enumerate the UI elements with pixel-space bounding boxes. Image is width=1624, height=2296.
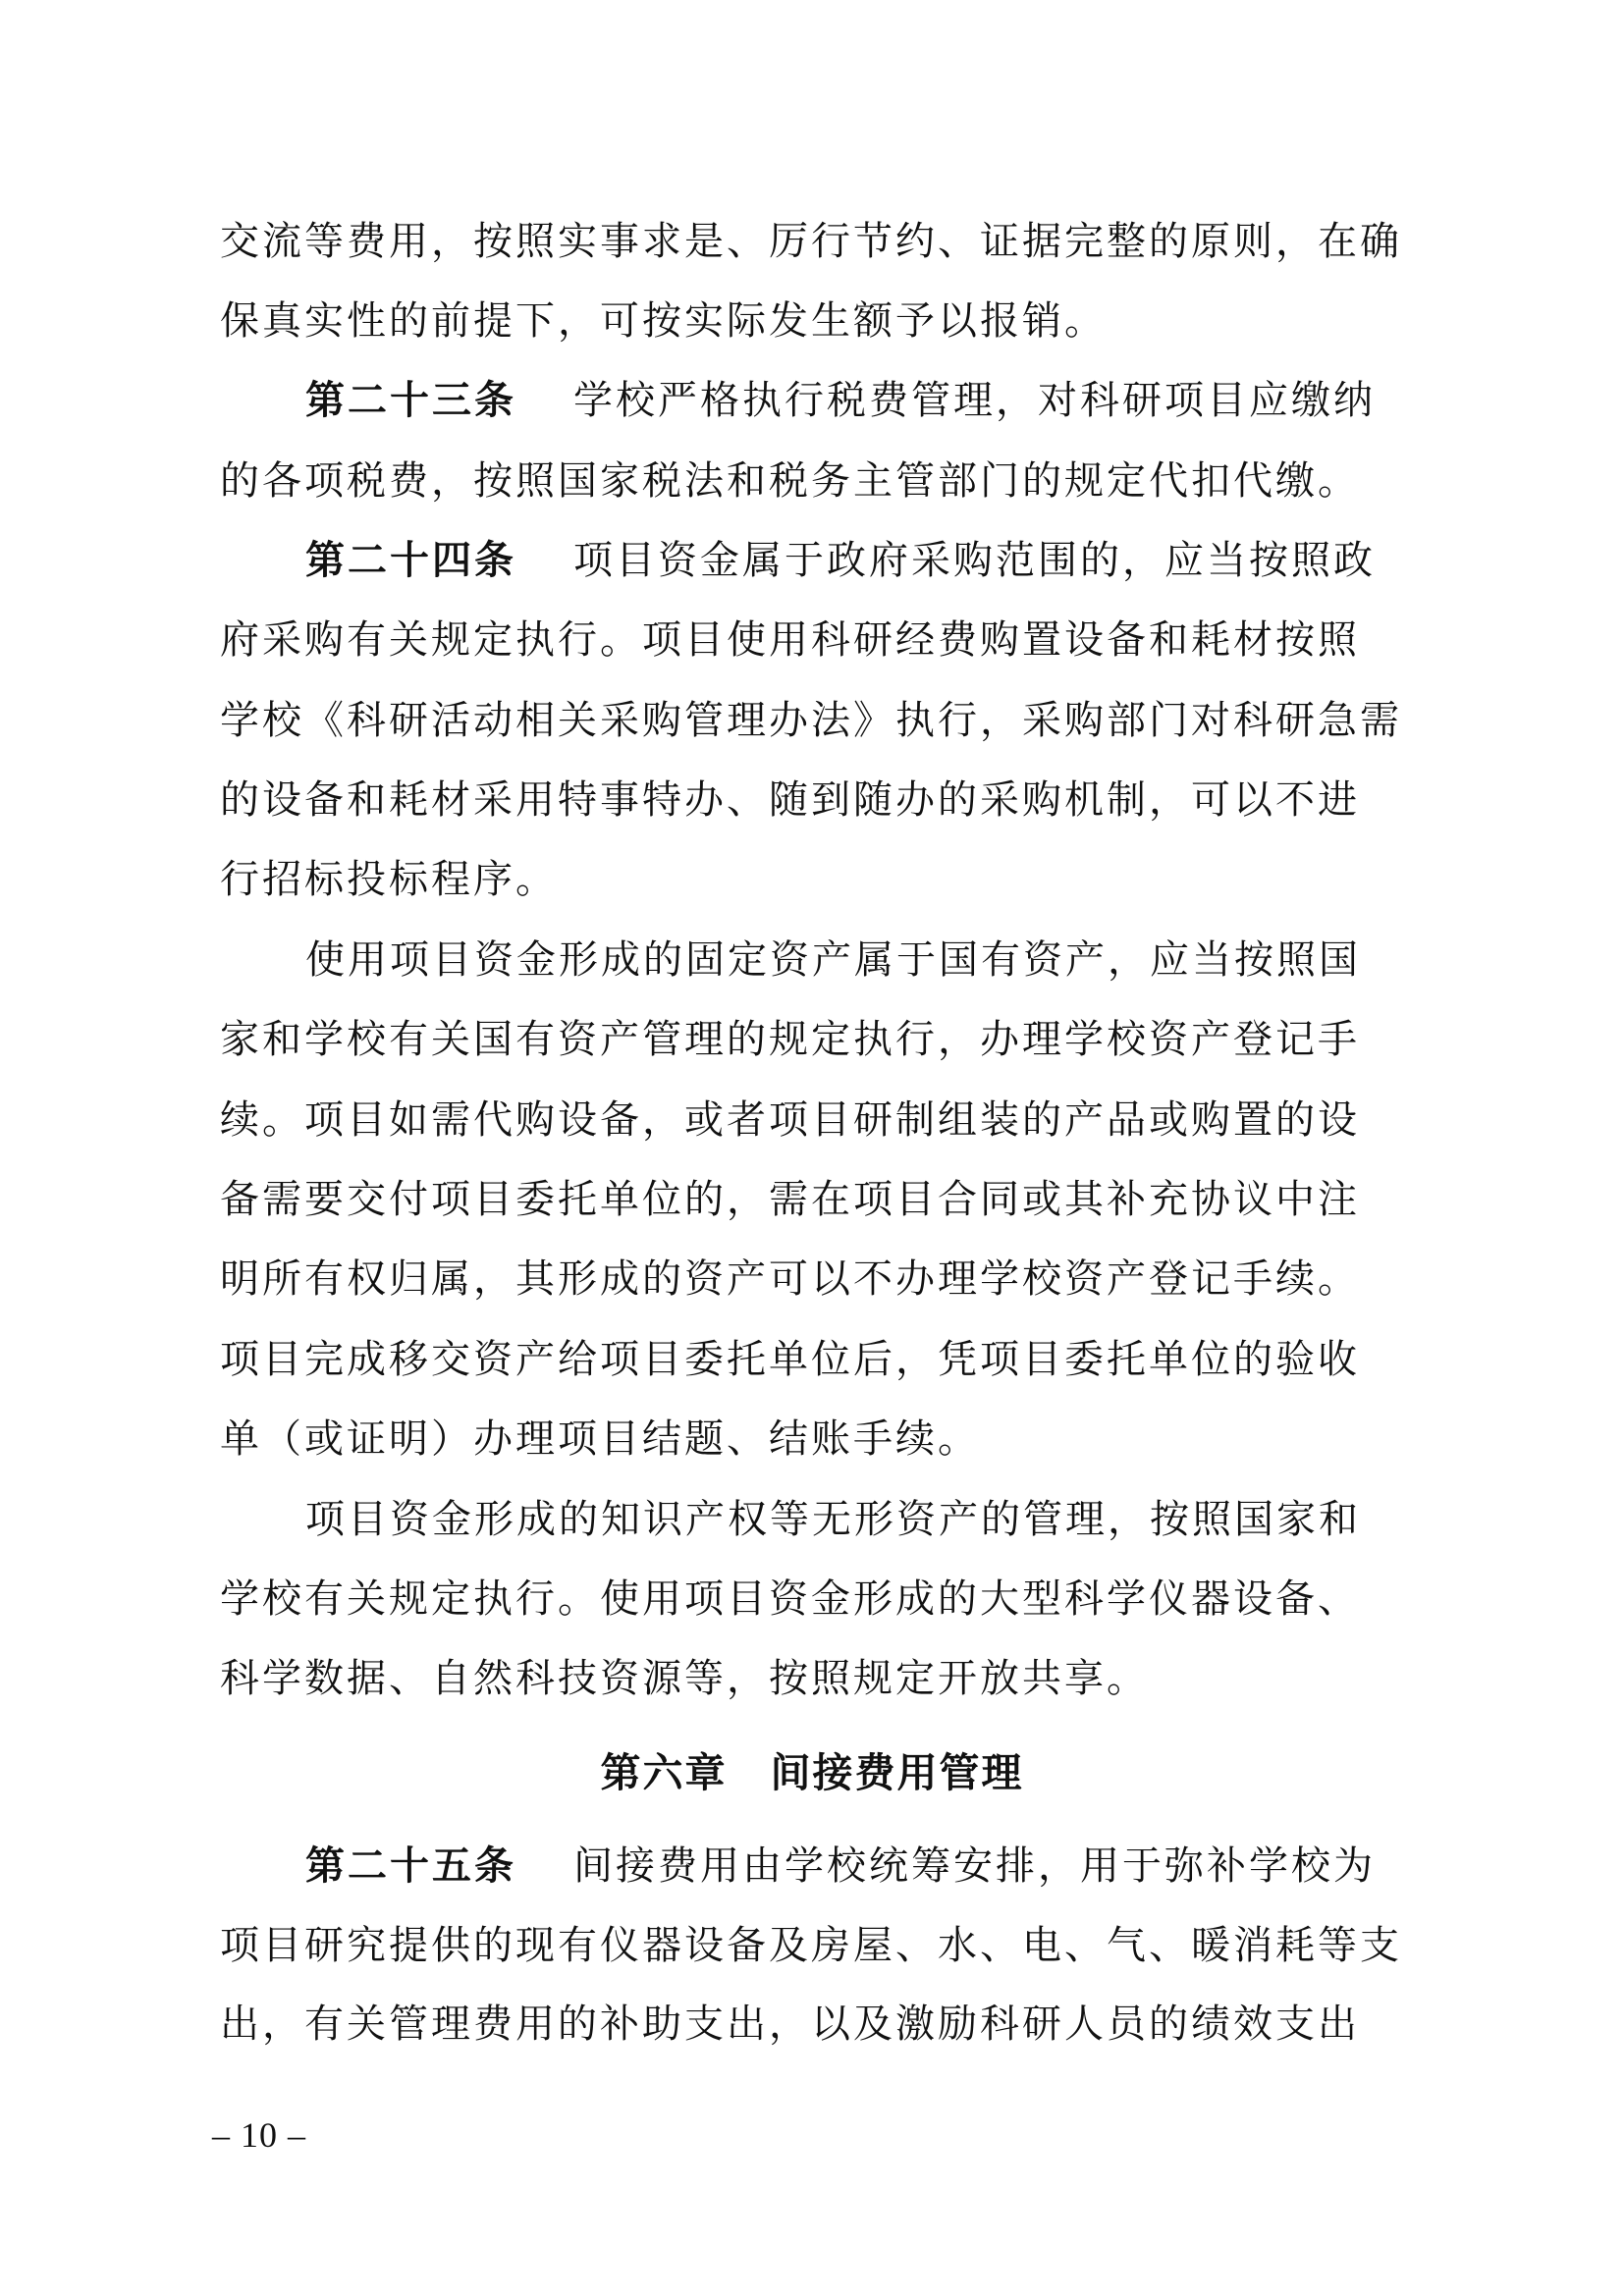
line-text: 交流等费用，按照实事求是、厉行节约、证据完整的原则，在确 (220, 219, 1402, 264)
body-line: 科学数据、自然科技资源等，按照规定开放共享。 (220, 1655, 1413, 1702)
line-text: 间接费用由学校统筹安排，用于弥补学校为 (573, 1843, 1376, 1889)
body-line: 府采购有关规定执行。项目使用科研经费购置设备和耗材按照 (220, 616, 1413, 664)
paragraph-start-line: 项目资金形成的知识产权等无形资产的管理，按照国家和 (305, 1496, 1498, 1543)
body-line: 交流等费用，按照实事求是、厉行节约、证据完整的原则，在确 (220, 218, 1413, 265)
body-line: 学校《科研活动相关采购管理办法》执行，采购部门对科研急需 (220, 697, 1413, 744)
document-page: 交流等费用，按照实事求是、厉行节约、证据完整的原则，在确 保真实性的前提下，可按… (0, 0, 1624, 2296)
line-text: 科学数据、自然科技资源等，按照规定开放共享。 (220, 1656, 1149, 1701)
article-label: 第二十五条 (305, 1843, 516, 1889)
line-text: 备需要交付项目委托单位的，需在项目合同或其补充协议中注 (220, 1177, 1360, 1222)
article-label: 第二十三条 (305, 378, 516, 423)
line-text: 项目资金形成的知识产权等无形资产的管理，按照国家和 (305, 1497, 1361, 1542)
line-text: 明所有权归属，其形成的资产可以不办理学校资产登记手续。 (220, 1256, 1360, 1302)
body-line: 保真实性的前提下，可按实际发生额予以报销。 (220, 297, 1413, 345)
chapter-heading: 第六章间接费用管理 (0, 1748, 1624, 1797)
line-text: 学校《科研活动相关采购管理办法》执行，采购部门对科研急需 (220, 698, 1402, 743)
body-line: 学校有关规定执行。使用项目资金形成的大型科学仪器设备、 (220, 1575, 1413, 1623)
body-line: 备需要交付项目委托单位的，需在项目合同或其补充协议中注 (220, 1176, 1413, 1223)
body-line: 续。项目如需代购设备，或者项目研制组装的产品或购置的设 (220, 1096, 1413, 1144)
body-line: 的设备和耗材采用特事特办、随到随办的采购机制，可以不进 (220, 776, 1413, 824)
line-text: 的各项税费，按照国家税法和税务主管部门的规定代扣代缴。 (220, 458, 1360, 504)
body-line: 项目研究提供的现有仪器设备及房屋、水、电、气、暖消耗等支 (220, 1922, 1413, 1969)
paragraph-start-line: 使用项目资金形成的固定资产属于国有资产，应当按照国 (305, 936, 1498, 984)
line-text: 府采购有关规定执行。项目使用科研经费购置设备和耗材按照 (220, 617, 1360, 663)
line-text: 的设备和耗材采用特事特办、随到随办的采购机制，可以不进 (220, 777, 1360, 823)
page-number: – 10 – (212, 2115, 306, 2155)
line-text: 家和学校有关国有资产管理的规定执行，办理学校资产登记手 (220, 1017, 1360, 1062)
chapter-number: 第六章 (601, 1749, 728, 1796)
body-line: 单（或证明）办理项目结题、结账手续。 (220, 1415, 1413, 1463)
line-text: 行招标投标程序。 (220, 857, 558, 902)
body-line: 家和学校有关国有资产管理的规定执行，办理学校资产登记手 (220, 1016, 1413, 1063)
article-25: 第二十五条间接费用由学校统筹安排，用于弥补学校为 (305, 1842, 1498, 1890)
line-text: 续。项目如需代购设备，或者项目研制组装的产品或购置的设 (220, 1097, 1360, 1143)
body-line: 项目完成移交资产给项目委托单位后，凭项目委托单位的验收 (220, 1336, 1413, 1383)
chapter-title: 间接费用管理 (771, 1749, 1024, 1796)
body-line: 出，有关管理费用的补助支出，以及激励科研人员的绩效支出 (220, 2001, 1413, 2048)
body-line: 明所有权归属，其形成的资产可以不办理学校资产登记手续。 (220, 1255, 1413, 1303)
line-text: 保真实性的前提下，可按实际发生额予以报销。 (220, 298, 1107, 344)
line-text: 项目资金属于政府采购范围的，应当按照政 (573, 538, 1376, 583)
article-24: 第二十四条项目资金属于政府采购范围的，应当按照政 (305, 537, 1498, 584)
line-text: 项目研究提供的现有仪器设备及房屋、水、电、气、暖消耗等支 (220, 1923, 1402, 1968)
line-text: 学校严格执行税费管理，对科研项目应缴纳 (573, 378, 1376, 423)
line-text: 出，有关管理费用的补助支出，以及激励科研人员的绩效支出 (220, 2002, 1360, 2047)
article-23: 第二十三条学校严格执行税费管理，对科研项目应缴纳 (305, 377, 1498, 424)
line-text: 项目完成移交资产给项目委托单位后，凭项目委托单位的验收 (220, 1337, 1360, 1382)
line-text: 使用项目资金形成的固定资产属于国有资产，应当按照国 (305, 937, 1361, 983)
body-line: 行招标投标程序。 (220, 856, 1413, 903)
line-text: 学校有关规定执行。使用项目资金形成的大型科学仪器设备、 (220, 1576, 1360, 1622)
line-text: 单（或证明）办理项目结题、结账手续。 (220, 1416, 980, 1462)
body-line: 的各项税费，按照国家税法和税务主管部门的规定代扣代缴。 (220, 457, 1413, 505)
article-label: 第二十四条 (305, 538, 516, 583)
